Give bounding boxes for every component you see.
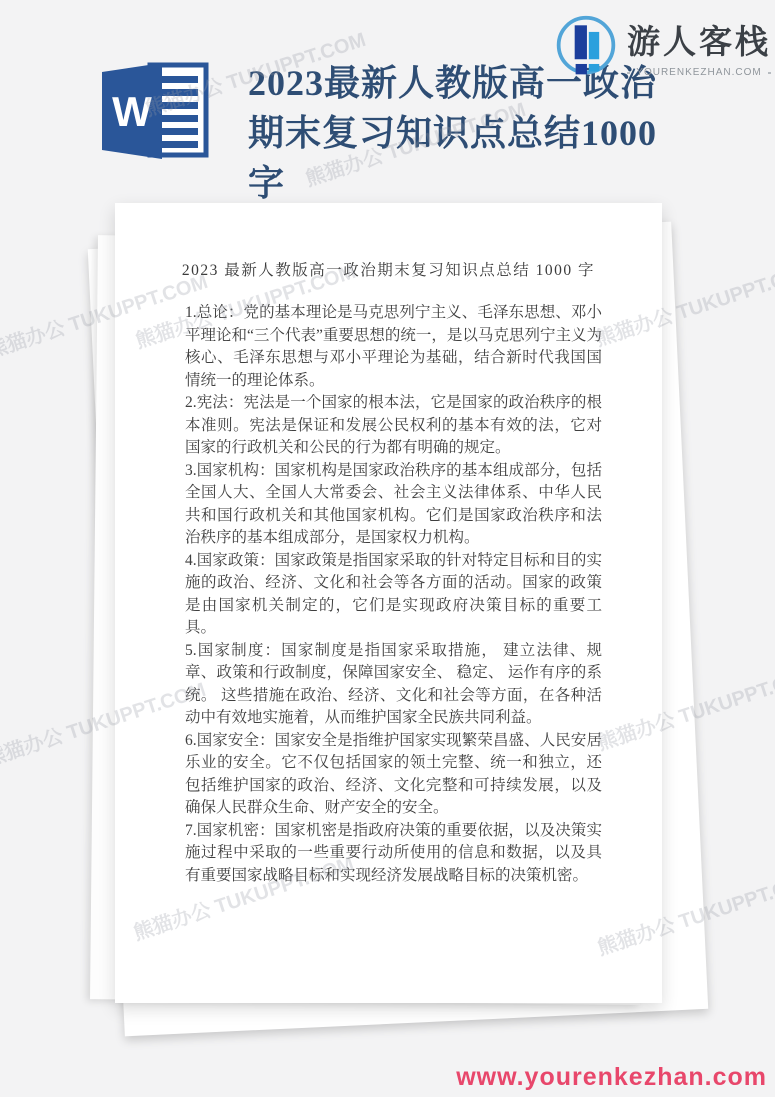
- doc-paragraph: 7.国家机密：国家机密是指政府决策的重要依据，以及决策实施过程中采取的一些重要行…: [185, 820, 602, 888]
- svg-text:W: W: [112, 88, 152, 135]
- doc-paragraph: 2.宪法：宪法是一个国家的根本法，它是国家的政治秩序的根本准则。宪法是保证和发展…: [185, 392, 602, 460]
- site-logo-domain-text: YOURENKEZHAN.COM: [630, 67, 767, 78]
- doc-paragraph: 3.国家机构：国家机构是国家政治秩序的基本组成部分，包括全国人大、全国人大常委会…: [185, 460, 602, 550]
- doc-paragraph: 1.总论：党的基本理论是马克思列宁主义、毛泽东思想、邓小平理论和“三个代表”重要…: [185, 302, 602, 392]
- site-logo-name: 游人客栈: [627, 16, 771, 63]
- header: W 2023最新人教版高一政治 期末复习知识点总结1000字: [0, 0, 775, 180]
- site-logo-domain: YOURENKEZHAN.COM: [627, 67, 771, 78]
- footer-site-url[interactable]: www.yourenkezhan.com: [456, 1063, 767, 1092]
- site-logo[interactable]: 游人客栈 YOURENKEZHAN.COM: [553, 14, 763, 80]
- page-root: W 2023最新人教版高一政治 期末复习知识点总结1000字: [0, 0, 775, 1097]
- document-title: 2023 最新人教版高一政治期末复习知识点总结 1000 字: [115, 258, 662, 280]
- document-page: 2023 最新人教版高一政治期末复习知识点总结 1000 字 1.总论：党的基本…: [115, 203, 662, 1003]
- page-title-line2: 期末复习知识点总结1000字: [248, 108, 668, 208]
- document-body: 1.总论：党的基本理论是马克思列宁主义、毛泽东思想、邓小平理论和“三个代表”重要…: [185, 302, 602, 887]
- ms-word-icon: W: [98, 60, 212, 162]
- page-title: 2023最新人教版高一政治 期末复习知识点总结1000字: [248, 58, 668, 208]
- logo-dash-right: [768, 72, 771, 74]
- doc-paragraph: 6.国家安全：国家安全是指维护国家实现繁荣昌盛、人民安居乐业的安全。它不仅包括国…: [185, 730, 602, 820]
- ms-word-icon-svg: W: [98, 60, 212, 162]
- doc-paragraph: 4.国家政策：国家政策是指国家采取的针对特定目标和目的实施的政治、经济、文化和社…: [185, 550, 602, 640]
- site-logo-icon: [553, 14, 619, 80]
- doc-paragraph: 5.国家制度：国家制度是指国家采取措施， 建立法律、规章、政策和行政制度，保障国…: [185, 640, 602, 730]
